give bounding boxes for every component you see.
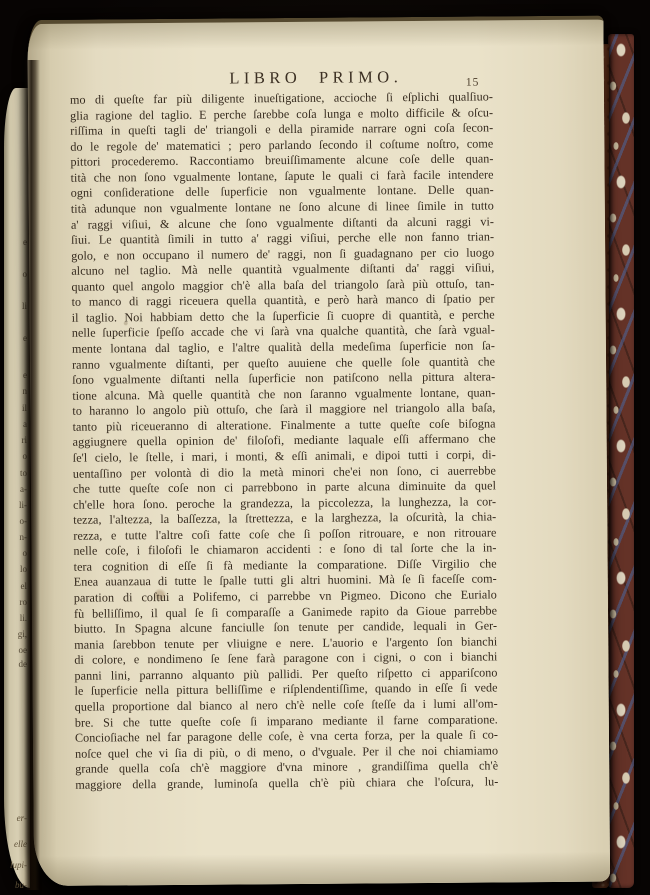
text-block: mo di queſte far più diligente inueſtiga… [70, 89, 498, 793]
text-line: maggiore della grande, luminoſa quella c… [75, 774, 498, 793]
folio-number: 15 [466, 77, 480, 89]
marbled-board-edge [608, 34, 634, 888]
gutter-shadow [24, 60, 40, 890]
book-photo: eolieenilariotoa-li-o-n-oloelroli.gi,oed… [0, 0, 650, 895]
book-page: LIBRO PRIMO. 15 mo di queſte far più dil… [27, 16, 610, 886]
running-title: LIBRO PRIMO. [146, 66, 486, 89]
